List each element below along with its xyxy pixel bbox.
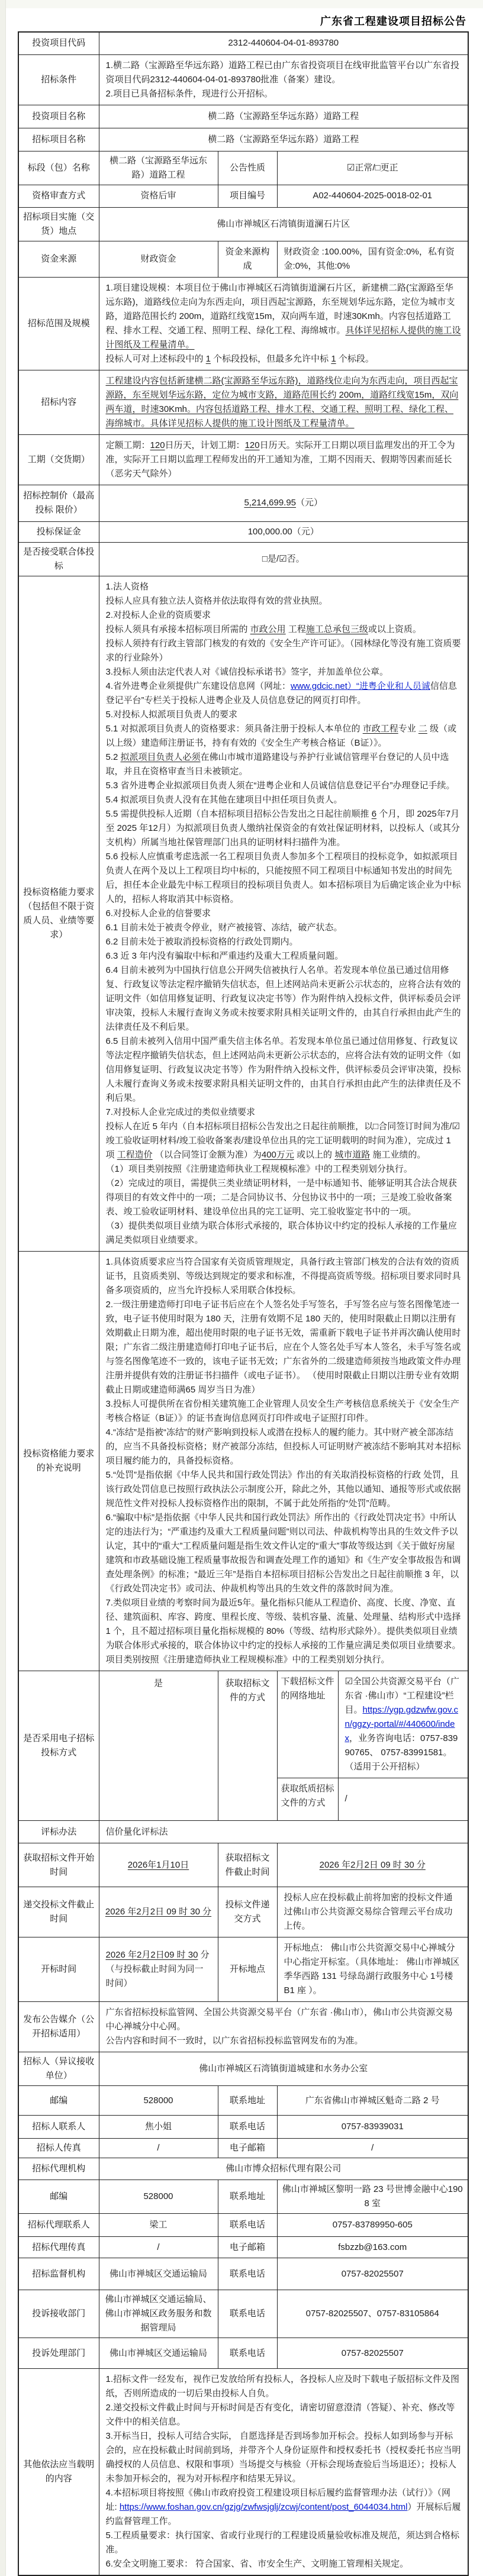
complaint-receiving-value: 佛山市禅城区交通运输局、佛山市禅城区政务服务和数据管理局 (99, 2290, 218, 2338)
supervision-authority-label: 招标监督机构 (18, 2258, 99, 2290)
text-segment: 0757-83939031 (342, 2122, 404, 2132)
text-segment: 120 (150, 440, 165, 450)
text-segment: 城市道路 (334, 1150, 370, 1160)
bid-opening-place-value: 开标地点： 佛山市公共资源交易中心禅城分中心指定开标室。（具体地址： 佛山市禅城… (277, 1937, 468, 2002)
text-segment: 个标段。 (336, 354, 374, 364)
control-price-value: 5,214,699.95（元） (99, 485, 468, 521)
funding-source-value: 财政资金 (99, 241, 218, 277)
text-segment: fsbzzb@163.com (338, 2242, 407, 2252)
text-segment: 其他依法应当载明的内容 (23, 2459, 94, 2484)
supervision-authority: 招标监督机构佛山市禅城区交通运输局联系电话0757-82025507 (18, 2258, 468, 2290)
text-segment: 2.项目已具备招标条件，现进行公开招标。 (106, 89, 273, 99)
project-location-value: 佛山市禅城区石湾镇街道澜石片区 (99, 207, 468, 241)
text-segment: 528000 (143, 2095, 173, 2106)
consortium-bidding-value: □是/☑否。 (99, 542, 468, 576)
text-segment: 工程建设内容包括新建横二路(宝源路至华远东路)，道路线位走向为东西走向，项目西起… (106, 376, 459, 428)
text-segment: 7.类似项目业绩的考察时间为最近5年。量化指标只能从工程造价、高度、长度、净宽、… (106, 1598, 461, 1665)
other-contents-label: 其他依法应当载明的内容 (18, 2369, 99, 2576)
doc-obtain-start-label: 获取招标文件开始时间 (18, 1843, 99, 1887)
text-segment: 120 (245, 440, 260, 450)
text-segment: 招标代理传真 (32, 2242, 85, 2252)
text-segment: 梁工 (149, 2220, 167, 2230)
consortium-bidding: 是否接受联合体投标□是/☑否。 (18, 542, 468, 576)
complaint-handling: 投诉处理部门佛山市禅城区交通运输局联系电话0757-82025507 (18, 2338, 468, 2369)
text-segment: （元） (296, 498, 323, 508)
announcement-document: 广东省工程建设项目招标公告 投资项目代码2312-440604-04-01-89… (18, 0, 468, 2576)
text-segment: 施工总承包三级 (306, 624, 368, 634)
project-number-value: A02-440604-2025-0018-02-01 (277, 185, 468, 207)
download-address-label: 下载招标文件的网络地址 (278, 1671, 339, 1778)
download-address-value: ☑全国公共资源交易平台（广东省 ·佛山市）“工程建设”栏目。https://yg… (338, 1671, 468, 1778)
text-segment: 100,000.00（元） (248, 527, 319, 537)
text-segment: （3）提供类似项目业绩为联合体形式承接的，联合体协议中约定的投标人承接的工作量应… (106, 1221, 457, 1245)
bid-opening-time-value: 2026 年2月2日09 时 30 分（与投标截止时间为同一时间） (99, 1937, 218, 2002)
paper-doc-method-label: 获取纸质招标文件的方式 (278, 1778, 339, 1820)
announcement-media-label: 发布公告媒介（公开招标适用） (18, 2002, 99, 2052)
scope-and-scale-value: 1.项目建设规模：本项目位于佛山市禅城区石湾镇街道澜石片区，新建横二路(宝源路至… (99, 277, 468, 370)
agency-phone-value: 0757-83789950-605 (277, 2214, 468, 2237)
text-segment: 个标段投标，但最多允许中标 (211, 354, 331, 364)
submission-deadline-label: 递交投标文件截止时间 (18, 1887, 99, 1937)
text-segment: 横二路（宝源路至华远东路）道路工程 (208, 134, 359, 144)
text-segment: 2.递交投标文件截止时间与开标时间是否有变化，请密切留意澄清（答疑）、补充、修改… (106, 2403, 455, 2427)
text-segment: 2312-440604-04-01-893780 (228, 38, 339, 48)
agency: 招标代理机构佛山市博众招标代理有限公司 (18, 2158, 468, 2180)
text-segment: 400万元 (262, 1150, 294, 1160)
agency-contact: 招标代理联系人梁工联系电话0757-83789950-605 (18, 2214, 468, 2237)
investment-project-name-value: 横二路（宝源路至华远东路）道路工程 (99, 105, 468, 128)
investment-project-code-value: 2312-440604-04-01-893780 (99, 32, 468, 54)
e-bidding-label: 是否采用电子招标投标方式 (18, 1671, 99, 1821)
text-segment: 5.1 对拟派项目负责人的资格要求：须具备注册于投标人本单位的 (106, 724, 363, 734)
text-segment: 项目编号 (230, 191, 265, 201)
text-segment: 获取招标文件截止时间 (225, 1853, 269, 1877)
text-segment: 1 (331, 354, 336, 364)
text-segment: 投资项目代码 (32, 38, 85, 48)
text-segment: 3.投标人可提供所在省份相关建筑施工企业管理人员安全生产考核信息系统关于《安全生… (106, 1399, 460, 1423)
text-segment: 投诉接收部门 (32, 2309, 85, 2319)
tenderer-value: 佛山市禅城区石湾镇街道城建和水务办公室 (99, 2052, 468, 2086)
text-segment: 邮编 (50, 2095, 67, 2106)
tenderer-email-label: 电子邮箱 (218, 2139, 277, 2158)
scope-and-scale: 招标范围及规模1.项目建设规模：本项目位于佛山市禅城区石湾镇街道澜石片区，新建横… (18, 277, 468, 370)
text-segment: 或以上资质。 (368, 624, 421, 634)
submission-method-label: 投标文件递交方式 (218, 1887, 277, 1937)
agency-postcode: 邮编528000联系地址佛山市禅城区黎明一路 23 号世博金融中心1908 室 (18, 2180, 468, 2214)
text-segment: 公告性质 (230, 163, 265, 173)
paper-doc-method-value: / (338, 1778, 468, 1820)
doc-obtain-method-label: 获取招标文件的方式 (218, 1671, 277, 1821)
bid-opening: 开标时间2026 年2月2日09 时 30 分（与投标截止时间为同一时间）开标地… (18, 1937, 468, 2002)
other-contents-value: 1.招标文件一经发布，视作已发放给所有投标人，各投标人应及时下载电子版招标文件及… (99, 2369, 468, 2576)
text-segment: 工程 (286, 624, 306, 634)
agency-fax-label: 招标代理传真 (18, 2237, 99, 2258)
text-segment: 3.投标人须由法定代表人对《诚信投标承诺书》签字，并加盖单位公章。 (106, 667, 389, 677)
text-segment: 招标监督机构 (32, 2269, 85, 2279)
text-segment: 联系地址 (230, 2191, 265, 2201)
qualification-review-label: 资格审查方式 (18, 185, 99, 207)
page-title: 广东省工程建设项目招标公告 (18, 15, 466, 27)
tender-conditions: 招标条件1.横二路（宝源路至华远东路）道路工程已由广东省投资项目在线审批监管平台… (18, 54, 468, 105)
text-segment: （1）项目类别按照《注册建造师执业工程规模标准》中的工程类别划分执行。 (106, 1164, 413, 1174)
text-segment: 递交投标文件截止时间 (23, 1900, 94, 1924)
text-segment: 获取纸质招标文件的方式 (281, 1784, 334, 1808)
agency-contact-label: 招标代理联系人 (18, 2214, 99, 2237)
text-segment: 6.安全文明施工要求： 符合国家、省、市安全生产、文明施工管理相关规定。 (106, 2559, 409, 2569)
agency-email-label: 电子邮箱 (218, 2237, 277, 2258)
funding-source: 资金来源财政资金资金来源构成财政资金 :100.00%，国有资金:0%，私有资金… (18, 241, 468, 277)
tenderer-contact: 招标人联系人焦小姐联系电话0757-83939031 (18, 2116, 468, 2139)
tender-conditions-label: 招标条件 (18, 54, 99, 105)
text-segment: 5.2 (106, 752, 121, 762)
funding-composition-label: 资金来源构成 (218, 241, 277, 277)
construction-period-label: 工期（交货期） (18, 434, 99, 485)
text-segment: 财政资金 (140, 254, 176, 264)
text-segment: 投标资格能力要求的补充说明 (23, 1449, 94, 1473)
doc-obtain-method-cell: 下载招标文件的网络地址☑全国公共资源交易平台（广东省 ·佛山市）“工程建设”栏目… (277, 1671, 468, 1821)
scope-and-scale-label: 招标范围及规模 (18, 277, 99, 370)
text-segment: 6.4 目前未被列为中国执行信息公开网失信被执行人名单。若发现本单位虽已通过信用… (106, 965, 461, 1032)
window-left-edge (0, 0, 6, 2576)
text-segment: 定额工期： (106, 440, 150, 450)
other-contents: 其他依法应当载明的内容1.招标文件一经发布，视作已发放给所有投标人，各投标人应及… (18, 2369, 468, 2576)
control-price: 招标控制价（最高投标 限价）5,214,699.95（元） (18, 485, 468, 521)
text-segment: 招标人传真 (37, 2143, 81, 2153)
evaluation-method-value: 信价量化评标法 (99, 1821, 468, 1843)
text-segment: 5.4 拟派项目负责人没有在其他在建项目中担任项目负责人。 (106, 795, 343, 805)
agency-address-label: 联系地址 (218, 2180, 277, 2214)
text-segment: 5.5 需提供投标人近期（自本招标项目招标公告发出之日起往前顺推 (106, 809, 372, 819)
complaint-receiving: 投诉接收部门佛山市禅城区交通运输局、佛山市禅城区政务服务和数据管理局联系电话07… (18, 2290, 468, 2338)
agency-address-value: 佛山市禅城区黎明一路 23 号世博金融中心1908 室 (277, 2180, 468, 2214)
text-segment: 联系电话 (230, 2309, 265, 2319)
tenderer-fax: 招标人传真/电子邮箱/ (18, 2139, 468, 2158)
text-segment: 投标人须具有承接本招标项目所需的 (106, 624, 250, 634)
text-segment: 投标资格能力要求（包括但不限于资质人员、业绩等要求） (23, 887, 94, 940)
text-segment: / (345, 1794, 347, 1804)
text-segment: 资金来源构成 (225, 247, 269, 271)
complaint-receiving-phone-value: 0757-82025507、0757-83105864 (277, 2290, 468, 2338)
tenderer-postcode: 邮编528000联系地址广东省佛山市禅城区魁奇二路 2 号 (18, 2086, 468, 2116)
text-segment: 电子邮箱 (230, 2143, 265, 2153)
doc-obtain-deadline-label: 获取招标文件截止时间 (218, 1843, 277, 1887)
text-segment: 5.6 投标人应慎重考虑选派一名工程项目负责人参加多个工程项目的投标竞争，如拟派… (106, 852, 461, 904)
text-segment: 或以上的 (294, 1150, 334, 1160)
tenderer-contact-value: 焦小姐 (99, 2116, 218, 2139)
tenderer-address-value: 广东省佛山市禅城区魁奇二路 2 号 (277, 2086, 468, 2116)
text-segment: 联系电话 (230, 2269, 265, 2279)
text-segment: 是否采用电子招标投标方式 (23, 1733, 94, 1758)
tenderer-phone-value: 0757-83939031 (277, 2116, 468, 2139)
evaluation-method: 评标办法信价量化评标法 (18, 1821, 468, 1843)
text-segment: 佛山市禅城区交通运输局、佛山市禅城区政务服务和数据管理局 (105, 2294, 211, 2333)
text-segment: 投标人须持有行政主管部门核发的有效的《安全生产许可证》。（园林绿化等没有施工资质… (106, 639, 461, 663)
text-segment: 发布公告媒介（公开招标适用） (23, 2014, 94, 2039)
tender-project-name: 招标项目名称横二路（宝源路至华远东路）道路工程 (18, 128, 468, 151)
section-name-label: 标段（包）名称 (18, 151, 99, 185)
project-location-label: 招标项目实施（交货）地点 (18, 207, 99, 241)
text-segment: 开标时间 (41, 1964, 76, 1974)
text-segment: 6.3 近 3 年内没有骗取中标和严重违约及重大工程质量问题。 (106, 951, 344, 961)
text-segment: 招标人联系人 (32, 2122, 85, 2132)
text-segment: 二 (418, 724, 427, 734)
inline-link[interactable]: https://www.foshan.gov.cn/gzjg/zwfwsjglj… (120, 2502, 408, 2512)
tenderer-phone-label: 联系电话 (218, 2116, 277, 2139)
text-segment: 佛山市禅城区石湾镇街道城建和水务办公室 (199, 2064, 368, 2074)
text-segment: 6 (372, 809, 376, 819)
text-segment: 6.1 目前未处于被责令停业，财产被接管、冻结，破产状态。 (106, 923, 343, 933)
text-segment: 开标地点 (230, 1964, 265, 1974)
text-segment: 招标代理机构 (32, 2164, 85, 2174)
text-segment: 公告内容和时间不一致时，以广东省招标投标监管网发布的为准。 (106, 2036, 363, 2046)
tenderer-postcode-label: 邮编 (18, 2086, 99, 2116)
text-segment: 施工业绩的。 (370, 1150, 426, 1160)
text-segment: 投资项目名称 (32, 111, 85, 121)
text-segment: 佛山市禅城区交通运输局 (110, 2348, 207, 2358)
text-segment: 招标项目实施（交货）地点 (23, 212, 94, 236)
text-segment: 5.对投标人拟派项目负责人的要求 (106, 710, 238, 720)
text-segment: 6.对投标人企业的信誉要求 (106, 908, 211, 918)
text-segment: ，业务咨询电话：0757-83990765、 0757-83991581。（适用… (345, 1733, 458, 1772)
text-segment: 资金来源 (41, 254, 76, 264)
tender-content-label: 招标内容 (18, 370, 99, 434)
complaint-receiving-phone-label: 联系电话 (218, 2290, 277, 2338)
tender-project-name-label: 招标项目名称 (18, 128, 99, 151)
agency-label: 招标代理机构 (18, 2158, 99, 2180)
text-segment: 5.“处罚”是指依据《中华人民共和国行政处罚法》作出的有关取消投标资格的行政 处… (106, 1470, 461, 1508)
supervision-phone-value: 0757-82025507 (277, 2258, 468, 2290)
supplementary-notes-value: 1.具体资质要求应当符合国家有关资质管理规定，具备行政主管部门核发的合法有效的资… (99, 1251, 468, 1671)
evaluation-method-label: 评标办法 (18, 1821, 99, 1843)
text-segment: 信价量化评标法 (106, 1827, 168, 1837)
text-segment: 广东省招标投标监管网、全国公共资源交易平台（广东省 ·佛山市），佛山市公共资源交… (106, 2007, 453, 2032)
text-segment: 0757-82025507 (342, 2348, 404, 2358)
e-bidding-nested-table: 下载招标文件的网络地址☑全国公共资源交易平台（广东省 ·佛山市）“工程建设”栏目… (278, 1671, 468, 1821)
tenderer-contact-label: 招标人联系人 (18, 2116, 99, 2139)
investment-project-name-label: 投资项目名称 (18, 105, 99, 128)
text-segment: 佛山市博众招标代理有限公司 (226, 2164, 341, 2174)
bid-opening-place-label: 开标地点 (218, 1937, 277, 2002)
text-segment: 日历天，计划工期： (165, 440, 245, 450)
text-segment: 招标条件 (41, 75, 76, 85)
investment-project-code-label: 投资项目代码 (18, 32, 99, 54)
text-segment: 广东省佛山市禅城区魁奇二路 2 号 (305, 2095, 440, 2106)
text-segment: 招标范围及规模 (28, 318, 90, 328)
text-segment: 2026 年2月2日09 时 30 (106, 1950, 198, 1960)
funding-source-label: 资金来源 (18, 241, 99, 277)
tenderer: 招标人（异议接收单位）佛山市禅城区石湾镇街道城建和水务办公室 (18, 2052, 468, 2086)
qualification-review-value: 资格后审 (99, 185, 218, 207)
e-bidding-value: 是 (99, 1671, 218, 1821)
text-segment: 拟派项目负责人必须 (121, 752, 201, 762)
tender-conditions-value: 1.横二路（宝源路至华远东路）道路工程已由广东省投资项目在线审批监管平台以广东省… (99, 54, 468, 105)
text-segment: 2026年1月10日 (128, 1860, 189, 1870)
agency-postcode-label: 邮编 (18, 2180, 99, 2214)
tender-content: 招标内容工程建设内容包括新建横二路(宝源路至华远东路)，道路线位走向为东西走向，… (18, 370, 468, 434)
announcement-media-value: 广东省招标投标监管网、全国公共资源交易平台（广东省 ·佛山市），佛山市公共资源交… (99, 2002, 468, 2052)
text-segment: 1.具体资质要求应当符合国家有关资质管理规定，具备行政主管部门核发的合法有效的资… (106, 1257, 461, 1295)
text-segment: 0757-83789950-605 (333, 2220, 413, 2230)
tender-announcement-page: { "page": { "title": "广东省工程建设项目招标公告" }, … (0, 0, 483, 2576)
tenderer-fax-label: 招标人传真 (18, 2139, 99, 2158)
text-segment: 5.工程质量要求：执行国家、省或行业现行的工程建设质量验收标准及规范，须达到合格… (106, 2530, 460, 2555)
text-segment: （2）完成过的项目，需提供三类业绩证明材料，一是中标通知书、能够证明其合法合规获… (106, 1178, 457, 1217)
submission-method-value: 投标人应在投标截止前将加密的投标文件通过佛山市公共资源交易综合管理云平台成功上传… (277, 1887, 468, 1937)
bid-bond: 投标保证金100,000.00（元） (18, 521, 468, 542)
notice-nature-label: 公告性质 (218, 151, 277, 185)
tenderer-address-label: 联系地址 (218, 2086, 277, 2116)
text-segment: 联系电话 (230, 2122, 265, 2132)
inline-link[interactable]: www.gdcic.net）“进粤企业和人员诚 (291, 681, 430, 691)
text-segment: ☑正常/□更正 (347, 163, 398, 173)
text-segment: 获取招标文件开始时间 (23, 1853, 94, 1877)
qualification-review-and-project-number: 资格审查方式资格后审项目编号A02-440604-2025-0018-02-01 (18, 185, 468, 207)
text-segment: 招标人（异议接收单位） (23, 2056, 94, 2081)
text-segment: 1.法人资格 (106, 582, 149, 592)
text-segment: 7.对投标人企业完成过的类似业绩要求 (106, 1107, 256, 1117)
text-segment: 5,214,699.95 (244, 498, 296, 508)
text-segment: 招标项目名称 (32, 134, 85, 144)
complaint-handling-phone-label: 联系电话 (218, 2338, 277, 2369)
text-segment: 资格审查方式 (32, 191, 85, 201)
text-segment: 佛山市禅城区交通运输局 (110, 2269, 207, 2279)
submission-deadline: 递交投标文件截止时间2026 年2月2日 09 时 30 分投标文件递交方式投标… (18, 1887, 468, 1937)
text-segment: 3.开标当日，投标人可结合实际， 自愿选择是否到场参加开标会。投标人如到场参与开… (106, 2431, 461, 2484)
text-segment: 下载招标文件的网络地址 (281, 1677, 334, 1701)
text-segment: 6.“骗取中标”是指依据《中华人民共和国行政处罚法》所作出的《行政处罚决定书》中… (106, 1513, 461, 1594)
qualification-requirements-label: 投标资格能力要求（包括但不限于资质人员、业绩等要求） (18, 576, 99, 1251)
construction-period-value: 定额工期：120日历天，计划工期：120日历天。实际开工日期以项目监理发出的开工… (99, 434, 468, 485)
text-segment: 4.省外进粤企业须提供广东建设信息网（网址： (106, 681, 291, 691)
agency-fax-value: / (99, 2237, 218, 2258)
text-segment: 评标办法 (41, 1827, 76, 1837)
tenderer-email-value: / (277, 2139, 468, 2158)
text-segment: 投标人应在投标截止前将加密的投标文件通过佛山市公共资源交易综合管理云平台成功上传… (284, 1892, 453, 1931)
bid-bond-label: 投标保证金 (18, 521, 99, 542)
text-segment: 工期（交货期） (28, 454, 90, 465)
investment-project-code: 投资项目代码2312-440604-04-01-893780 (18, 32, 468, 54)
complaint-receiving-label: 投诉接收部门 (18, 2290, 99, 2338)
funding-composition-value: 财政资金 :100.00%，国有资金:0%，私有资金:0%，其他:0% (277, 241, 468, 277)
text-segment: 招标内容 (41, 397, 76, 407)
agency-fax: 招标代理传真/电子邮箱fsbzzb@163.com (18, 2237, 468, 2258)
text-segment: 投标文件递交方式 (225, 1900, 269, 1924)
text-segment: 佛山市禅城区黎明一路 23 号世博金融中心1908 室 (282, 2184, 463, 2209)
text-segment: 6.5 目前未被列入信用中国严重失信主体名单。若发现本单位虽已通过信用修复、行政… (106, 1036, 461, 1103)
control-price-label: 招标控制价（最高投标 限价） (18, 485, 99, 521)
text-segment: 招标控制价（最高投标 限价） (23, 491, 94, 515)
text-segment: 联系电话 (230, 2348, 265, 2358)
text-segment: 1.横二路（宝源路至华远东路）道路工程已由广东省投资项目在线审批监管平台以广东省… (106, 60, 460, 85)
paper-doc-method: 获取纸质招标文件的方式/ (278, 1778, 468, 1820)
text-segment: 横二路（宝源路至华远东路）道路工程 (208, 111, 359, 121)
text-segment: 2026 年2月2日 09 时 30 分 (320, 1860, 426, 1870)
doc-obtain-time: 获取招标文件开始时间2026年1月10日获取招标文件截止时间2026 年2月2日… (18, 1843, 468, 1887)
text-segment: 横二路（宝源路至华远东路）道路工程 (110, 156, 207, 180)
consortium-bidding-label: 是否接受联合体投标 (18, 542, 99, 576)
submission-deadline-value: 2026 年2月2日 09 时 30 分 (99, 1887, 218, 1937)
text-segment: 投诉处理部门 (32, 2348, 85, 2358)
doc-obtain-deadline-value: 2026 年2月2日 09 时 30 分 (277, 1843, 468, 1887)
text-segment: 是 (154, 1678, 163, 1688)
section-name-value: 横二路（宝源路至华远东路）道路工程 (99, 151, 218, 185)
text-segment: 528000 (143, 2191, 173, 2201)
text-segment: 财政资金 :100.00%，国有资金:0%，私有资金:0%，其他:0% (284, 247, 455, 271)
text-segment: 焦小姐 (145, 2122, 172, 2132)
text-segment: 2.对投标人企业的资质要求 (106, 610, 211, 620)
text-segment: / (157, 2143, 159, 2153)
text-segment: / (371, 2143, 373, 2153)
bid-bond-value: 100,000.00（元） (99, 521, 468, 542)
text-segment: 资格后审 (140, 191, 176, 201)
announcement-media: 发布公告媒介（公开招标适用）广东省招标投标监管网、全国公共资源交易平台（广东省 … (18, 2002, 468, 2052)
construction-period: 工期（交货期）定额工期：120日历天，计划工期：120日历天。实际开工日期以项目… (18, 434, 468, 485)
text-segment: 6.2 目前未处于被取消投标资格的行政处罚期内。 (106, 937, 298, 947)
text-segment: 邮编 (50, 2191, 67, 2201)
text-segment: （以合同签订金额为准）为 (153, 1150, 262, 1160)
complaint-handling-label: 投诉处理部门 (18, 2338, 99, 2369)
text-segment: 1 (206, 354, 211, 364)
text-segment: 2026 年2月2日 09 时 30 分 (105, 1907, 211, 1917)
e-bidding: 是否采用电子招标投标方式是获取招标文件的方式下载招标文件的网络地址☑全国公共资源… (18, 1671, 468, 1821)
text-segment: 是否接受联合体投标 (23, 547, 94, 571)
agency-postcode-value: 528000 (99, 2180, 218, 2214)
agency-contact-value: 梁工 (99, 2214, 218, 2237)
text-segment: 招标代理联系人 (28, 2220, 90, 2230)
supplementary-notes: 投标资格能力要求的补充说明1.具体资质要求应当符合国家有关资质管理规定，具备行政… (18, 1251, 468, 1671)
investment-project-name: 投资项目名称横二路（宝源路至华远东路）道路工程 (18, 105, 468, 128)
text-segment: □是/☑否。 (262, 554, 305, 564)
text-segment: 获取招标文件的方式 (225, 1678, 269, 1703)
bid-opening-time-label: 开标时间 (18, 1937, 99, 2002)
section-name-and-notice-nature: 标段（包）名称横二路（宝源路至华远东路）道路工程公告性质☑正常/□更正 (18, 151, 468, 185)
tenderer-fax-value: / (99, 2139, 218, 2158)
text-segment: 0757-82025507 (342, 2269, 404, 2279)
project-location: 招标项目实施（交货）地点佛山市禅城区石湾镇街道澜石片区 (18, 207, 468, 241)
text-segment: 市政公用 (250, 624, 286, 634)
announcement-table: 投资项目代码2312-440604-04-01-893780招标条件1.横二路（… (18, 31, 469, 2576)
complaint-handling-value: 佛山市禅城区交通运输局 (99, 2338, 218, 2369)
qualification-requirements: 投标资格能力要求（包括但不限于资质人员、业绩等要求）1.法人资格投标人应具有独立… (18, 576, 468, 1251)
text-segment: / (157, 2242, 159, 2252)
text-segment: 0757-82025507、0757-83105864 (306, 2309, 439, 2319)
supplementary-notes-label: 投标资格能力要求的补充说明 (18, 1251, 99, 1671)
tenderer-postcode-value: 528000 (99, 2086, 218, 2116)
text-segment: 电子邮箱 (230, 2242, 265, 2252)
tender-project-name-value: 横二路（宝源路至华远东路）道路工程 (99, 128, 468, 151)
text-segment: 开标地点： 佛山市公共资源交易中心禅城分中心指定开标室。（具体地址： 佛山市禅城… (284, 1943, 460, 1995)
doc-obtain-start-value: 2026年1月10日 (99, 1843, 218, 1887)
tender-content-value: 工程建设内容包括新建横二路(宝源路至华远东路)，道路线位走向为东西走向，项目西起… (99, 370, 468, 434)
text-segment: A02-440604-2025-0018-02-01 (313, 191, 432, 201)
text-segment: 标段（包）名称 (28, 163, 90, 173)
text-segment: 投标人可对上述标段中的 (106, 354, 206, 364)
text-segment: 工程造价 (117, 1150, 153, 1160)
text-segment: 5.3 省外进粤企业拟派项目负责人须在“进粤企业和人员诚信信息登记平台”办理登记… (106, 781, 455, 791)
complaint-handling-phone-value: 0757-82025507 (277, 2338, 468, 2369)
qualification-requirements-value: 1.法人资格投标人应具有独立法人资格并依法取得有效的营业执照。2.对投标人企业的… (99, 576, 468, 1251)
project-number-label: 项目编号 (218, 185, 277, 207)
tenderer-label: 招标人（异议接收单位） (18, 2052, 99, 2086)
agency-email-value: fsbzzb@163.com (277, 2237, 468, 2258)
download-address: 下载招标文件的网络地址☑全国公共资源交易平台（广东省 ·佛山市）“工程建设”栏目… (278, 1671, 468, 1778)
supervision-phone-label: 联系电话 (218, 2258, 277, 2290)
text-segment: 专业 (398, 724, 418, 734)
supervision-authority-value: 佛山市禅城区交通运输局 (99, 2258, 218, 2290)
agency-phone-label: 联系电话 (218, 2214, 277, 2237)
agency-value: 佛山市博众招标代理有限公司 (99, 2158, 468, 2180)
text-segment: 投标人应具有独立法人资格并依法取得有效的营业执照。 (106, 596, 328, 606)
